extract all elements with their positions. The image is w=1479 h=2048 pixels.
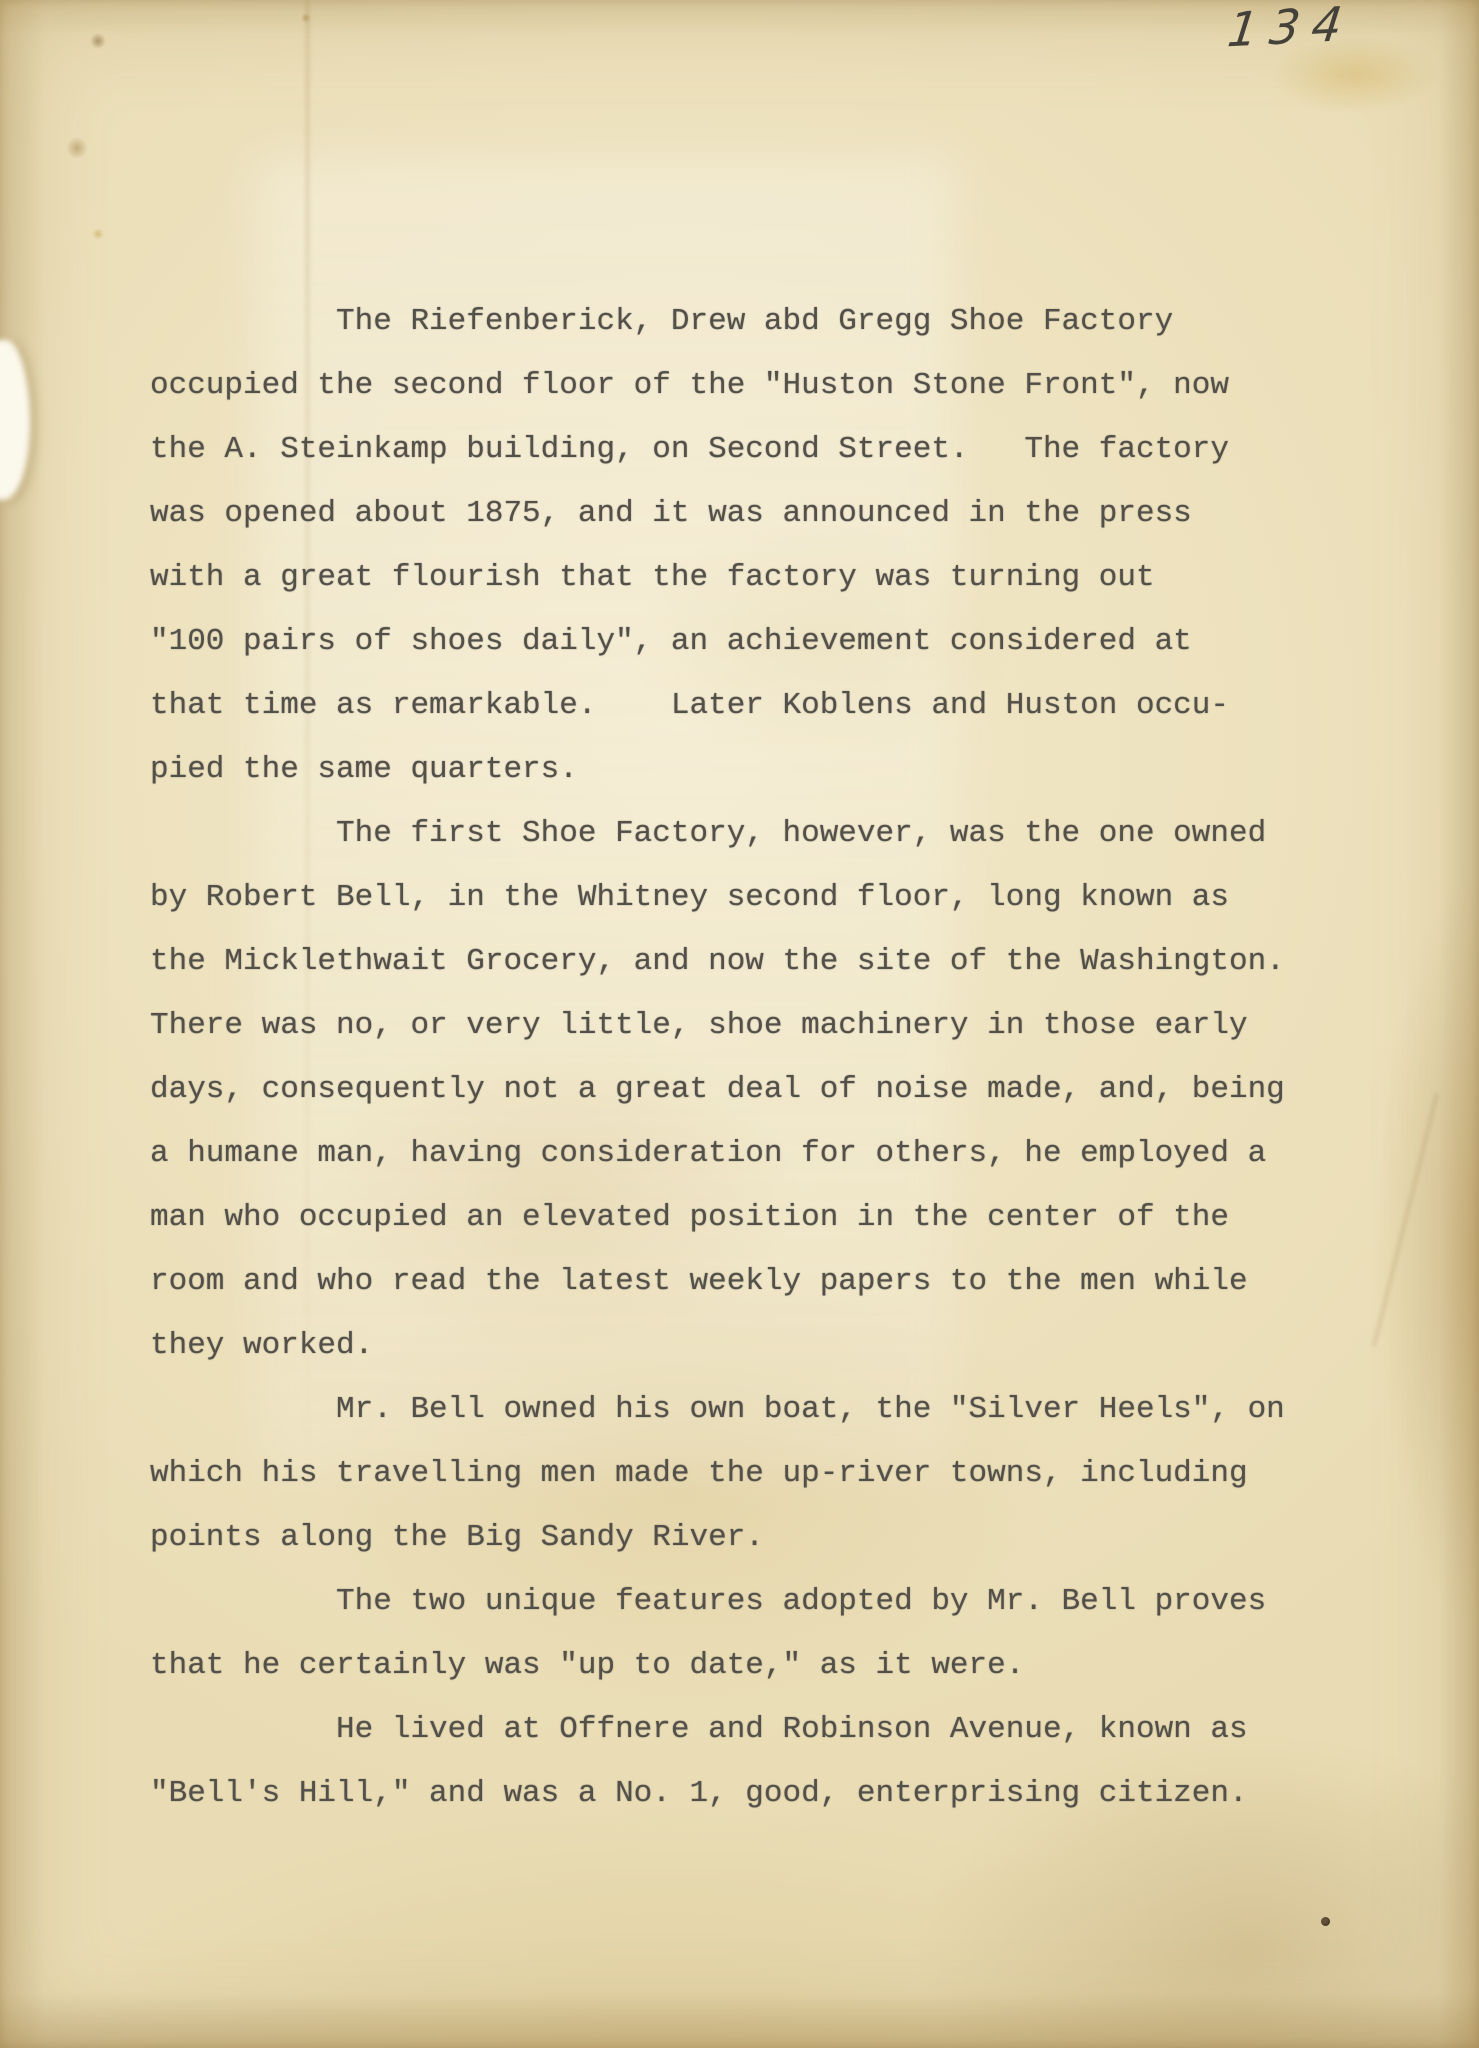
text-line: they worked. [150,1314,1370,1378]
text-line: was opened about 1875, and it was announ… [150,482,1370,546]
text-line: The Riefenberick, Drew abd Gregg Shoe Fa… [150,290,1370,354]
fold-crease-right-edge [1373,1093,1439,1346]
text-line: The two unique features adopted by Mr. B… [150,1570,1370,1634]
text-line: man who occupied an elevated position in… [150,1186,1370,1250]
text-line: Mr. Bell owned his own boat, the "Silver… [150,1378,1370,1442]
text-line: the A. Steinkamp building, on Second Str… [150,418,1370,482]
text-line: a humane man, having consideration for o… [150,1122,1370,1186]
text-line: which his travelling men made the up-riv… [150,1442,1370,1506]
text-line: There was no, or very little, shoe machi… [150,994,1370,1058]
text-line: occupied the second floor of the "Huston… [150,354,1370,418]
torn-edge-spot [0,340,30,500]
text-line: that he certainly was "up to date," as i… [150,1634,1370,1698]
text-line: "100 pairs of shoes daily", an achieveme… [150,610,1370,674]
text-line: points along the Big Sandy River. [150,1506,1370,1570]
text-line: with a great flourish that the factory w… [150,546,1370,610]
text-line: "Bell's Hill," and was a No. 1, good, en… [150,1762,1370,1826]
text-line: pied the same quarters. [150,738,1370,802]
scanned-manuscript-page: 134 The Riefenberick, Drew abd Gregg Sho… [0,0,1479,2048]
pencil-dot [1321,1917,1330,1926]
text-line: by Robert Bell, in the Whitney second fl… [150,866,1370,930]
typewritten-text-block: The Riefenberick, Drew abd Gregg Shoe Fa… [150,290,1370,1826]
text-line: the Micklethwait Grocery, and now the si… [150,930,1370,994]
text-line: days, consequently not a great deal of n… [150,1058,1370,1122]
text-line: room and who read the latest weekly pape… [150,1250,1370,1314]
text-line: The first Shoe Factory, however, was the… [150,802,1370,866]
text-line: He lived at Offnere and Robinson Avenue,… [150,1698,1370,1762]
text-line: that time as remarkable. Later Koblens a… [150,674,1370,738]
handwritten-page-number: 134 [1225,0,1357,59]
